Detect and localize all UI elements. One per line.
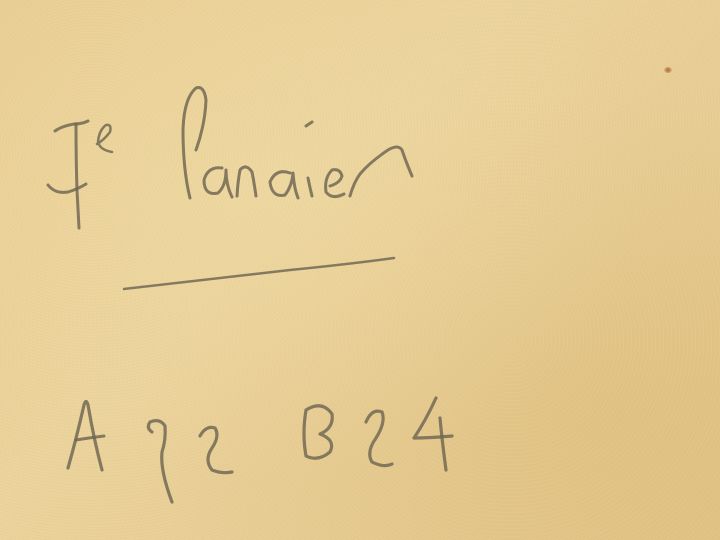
pencil-handwriting	[0, 0, 720, 540]
handwriting-line-2	[68, 398, 452, 502]
underline-stroke	[124, 258, 394, 289]
handwriting-line-1	[48, 88, 412, 229]
aged-paper-photo: Je Lanaier A 92 B24	[0, 0, 720, 540]
